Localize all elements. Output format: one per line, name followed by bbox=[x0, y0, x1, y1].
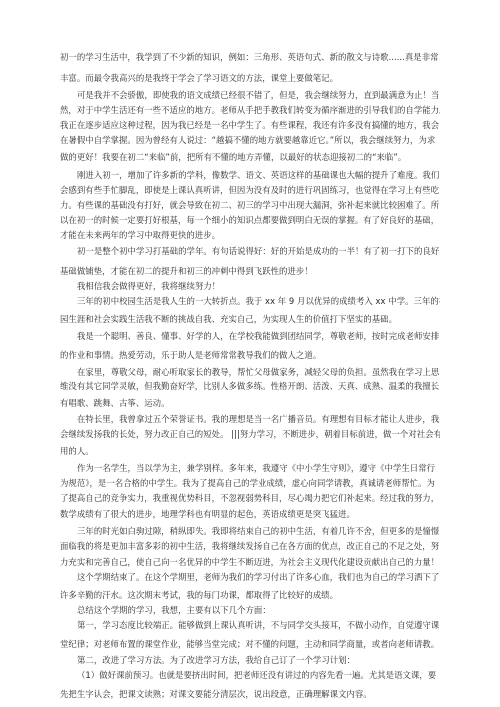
text-line: 堂纪律；对老师布置的课堂作业，能够当堂完成；对不懂的问题，主动和同学商量，或者向… bbox=[60, 639, 440, 649]
text-line: 有唱歌、跳舞、古筝、运动。 bbox=[60, 398, 440, 408]
text-line: 才能在未来两年的学习中取得更快的进步。 bbox=[60, 230, 440, 240]
text-line: 在暑假中自学掌握。因为曾经有人说过：“越搞不懂的地方就要越靠近它。”所以，我会继… bbox=[60, 135, 440, 145]
text-line: 丰富。而最令我高兴的是我终于学会了学习语文的方法，课堂上要做笔记。 bbox=[60, 73, 440, 83]
text-line: 力。有些课的基础没有打好，就会导致在初二、初三的学习中出现大漏洞，弥补起来就比较… bbox=[60, 200, 440, 210]
text-line: 我是一个聪明、善良、懂事、好学的人，在学校我能做到团结同学，尊敬老师，按时完成老… bbox=[77, 331, 440, 341]
text-line: 先把生字认会，把课文读熟；对课文要能分清层次，说出段意，正确理解课文内容。 bbox=[60, 689, 440, 699]
text-line: 数学成绩有了很大的进步，地理学科也有明显的起色，英语成绩更是突飞猛进。 bbox=[60, 509, 440, 519]
text-line: 刚进入初一，增加了许多新的学科，像数学、语文、英语这样的基础课也大幅的提升了难度… bbox=[77, 170, 440, 180]
text-line: 用的人。 bbox=[60, 446, 440, 456]
text-line: 我正在逐步适应这种过程，因为我已经是一名中学生了。有些课程，我还有许多没有搞懂的… bbox=[60, 120, 440, 130]
text-line: 会继续发扬我的长处，努力改正自己的短处。 |||努力学习，不断进步，朝着目标前进… bbox=[60, 429, 440, 439]
text-line: 在特长里，我曾拿过五个荣誉证书。我的理想是当一名广播音员。有理想有目标才能让人进… bbox=[77, 414, 440, 424]
text-line: 的作业和事情。热爱劳动，乐于助人是老师常常教导我们的做人之道。 bbox=[60, 350, 440, 360]
text-line: 力充实和完善自己，使自己向一名优异的中学生不断迈进，为社会主义现代化建设贡献出自… bbox=[60, 557, 440, 567]
text-line: 园生涯和社会实践生活我不断的挑战自我、充实自己，为实现人生的价值打下坚实的基础。 bbox=[60, 314, 440, 324]
text-line: 三年的时光如白驹过隙，稍纵即失。我即将结束自己的初中生活，有着几许不舍，但更多的… bbox=[77, 526, 440, 536]
text-line: 可是我并不会骄傲，即使我的语文成绩已经很不错了，但是，我会继续努力，直到最满意为… bbox=[77, 90, 440, 100]
text-line: 在家里，尊敬父母，耐心听取家长的教导，帮忙父母做家务，减轻父母的负担。虽然我在学… bbox=[77, 367, 440, 377]
text-line: 基础做铺垫，才能在初二的提升和初三的冲刺中得到飞跃性的进步！ bbox=[60, 266, 440, 276]
text-line: 我相信我会做得更好，我将继续努力！ bbox=[77, 281, 440, 291]
text-line: 第一，学习态度比较端正。能够做到上课认真听讲，不与同学交头接耳，不做小动作，自觉… bbox=[77, 620, 440, 630]
text-line: 作为一名学生，当以学为主，兼学别样。多年来，我遵守《中小学生守则》，遵守《中学生… bbox=[77, 463, 440, 473]
text-line: （1）做好课前预习。也就是要挤出时间，把老师还没有讲过的内容先看一遍。尤其是语文… bbox=[77, 670, 440, 680]
document-page: 初一的学习生活中，我学到了不少新的知识，例如：三角形、英语句式、新的散文与诗歌.… bbox=[0, 0, 500, 707]
text-line: 为规范》，是一名合格的中学生。我为了提高自己的学业成绩，虚心向同学请教，真诚请老… bbox=[60, 478, 440, 488]
text-line: 维没有其它同学灵敏，但我勤奋好学，比别人多做多练。性格开朗、活泼、天真、成熟、温… bbox=[60, 381, 440, 391]
text-line: 初一的学习生活中，我学到了不少新的知识，例如：三角形、英语句式、新的散文与诗歌.… bbox=[60, 52, 440, 62]
text-line: 总结这个学期的学习，我想，主要有以下几个方面： bbox=[77, 605, 440, 615]
text-line: 初一是整个初中学习打基础的学年。有句话说得好：好的开始是成功的一半！有了初一打下… bbox=[77, 246, 440, 256]
text-line: 三年的初中校园生活是我人生的一大转折点。我于 xx 年 9 月以优异的成绩考入 … bbox=[77, 296, 440, 306]
text-line: 许多辛勤的汗水。这次期末考试，我的每门功课，都取得了比较好的成绩。 bbox=[60, 590, 440, 600]
text-line: 面临我的将是更加丰富多彩的初中生活，我将继续发扬自己在各方面的优点，改正自己的不… bbox=[60, 541, 440, 551]
text-line: 第二，改进了学习方法。为了改进学习方法，我给自己订了一个学习计划： bbox=[77, 655, 440, 665]
text-line: 以在初一的时候一定要打好根基，每一个细小的知识点都要做到明白无误的掌握。有了好良… bbox=[60, 215, 440, 225]
text-line: 然，对于中学生活还有一些不适应的地方。老师从手把手教我们转变为循序渐进的引导我们… bbox=[60, 105, 440, 115]
text-line: 这个学期结束了。在这个学期里，老师为我们的学习付出了许多心血，我们也为自己的学习… bbox=[77, 572, 440, 582]
text-line: 了提高自己的竞争实力，我重视优势科目，不忽视弱势科目，尽心竭力把它们补起来。经过… bbox=[60, 493, 440, 503]
text-line: 会感到有些手忙脚乱，即使是上课认真听讲，但因为没有及时的进行巩固练习，也觉得在学… bbox=[60, 185, 440, 195]
text-line: 做的更好！我要在初二“来临”前，把所有不懂的地方弄懂，以最好的状态迎接初二的“来… bbox=[60, 152, 440, 162]
